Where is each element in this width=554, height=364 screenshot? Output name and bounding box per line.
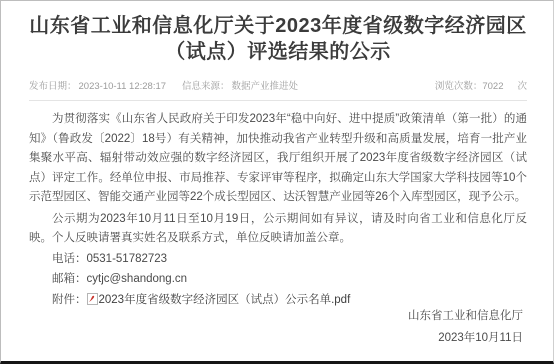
page-title: 山东省工业和信息化厅关于2023年度省级数字经济园区 （试点）评选结果的公示: [29, 13, 527, 65]
body-paragraph-1: 为贯彻落实《山东省人民政府关于印发2023年“稳中向好、进中提质”政策清单（第一…: [29, 110, 527, 208]
publish-date: 发布日期：2023-10-11 12:28:17: [29, 78, 166, 92]
view-count: 浏览次数：7022次: [435, 78, 527, 92]
signature-org: 山东省工业和信息化厅: [408, 305, 523, 327]
info-source-label: 信息来源：: [182, 81, 230, 92]
publish-date-value: 2023-10-11 12:28:17: [79, 81, 167, 92]
phone-value: 0531-51782723: [87, 253, 168, 265]
phone-line: 电话：0531-51782723: [29, 250, 527, 270]
publish-date-label: 发布日期：: [29, 81, 77, 92]
email-line: 邮箱：cytjc@shandong.cn: [29, 270, 527, 290]
pdf-file-icon: [87, 293, 98, 305]
article-meta-left: 发布日期：2023-10-11 12:28:17 信息来源：数据产业推进处: [29, 78, 298, 92]
announcement-page: 山东省工业和信息化厅关于2023年度省级数字经济园区 （试点）评选结果的公示 发…: [1, 1, 553, 310]
view-count-label: 浏览次数：: [435, 81, 483, 92]
phone-label: 电话：: [52, 253, 87, 265]
attachment-name: 2023年度省级数字经济园区（试点）公示名单.pdf: [99, 294, 351, 306]
signature-date: 2023年10月11日: [408, 327, 523, 349]
info-source: 信息来源：数据产业推进处: [182, 78, 298, 92]
attachment-label: 附件：: [52, 294, 87, 306]
page-title-line1: 山东省工业和信息化厅关于2023年度省级数字经济园区: [29, 15, 527, 37]
article-body: 为贯彻落实《山东省人民政府关于印发2023年“稳中向好、进中提质”政策清单（第一…: [29, 110, 527, 310]
article-meta: 发布日期：2023-10-11 12:28:17 信息来源：数据产业推进处 浏览…: [29, 78, 527, 92]
signature-block: 山东省工业和信息化厅 2023年10月11日: [408, 305, 523, 349]
view-count-unit: 次: [517, 81, 527, 92]
email-value: cytjc@shandong.cn: [87, 273, 188, 285]
page-title-line2: （试点）评选结果的公示: [165, 41, 391, 63]
view-count-value: 7022: [482, 81, 503, 92]
info-source-value: 数据产业推进处: [232, 81, 299, 92]
header-divider: [29, 100, 527, 101]
attachment-link[interactable]: 2023年度省级数字经济园区（试点）公示名单.pdf: [87, 294, 351, 306]
email-label: 邮箱：: [52, 273, 87, 285]
body-paragraph-2: 公示期为2023年10月11日至10月19日，公示期间如有异议，请及时向省工业和…: [29, 210, 527, 249]
